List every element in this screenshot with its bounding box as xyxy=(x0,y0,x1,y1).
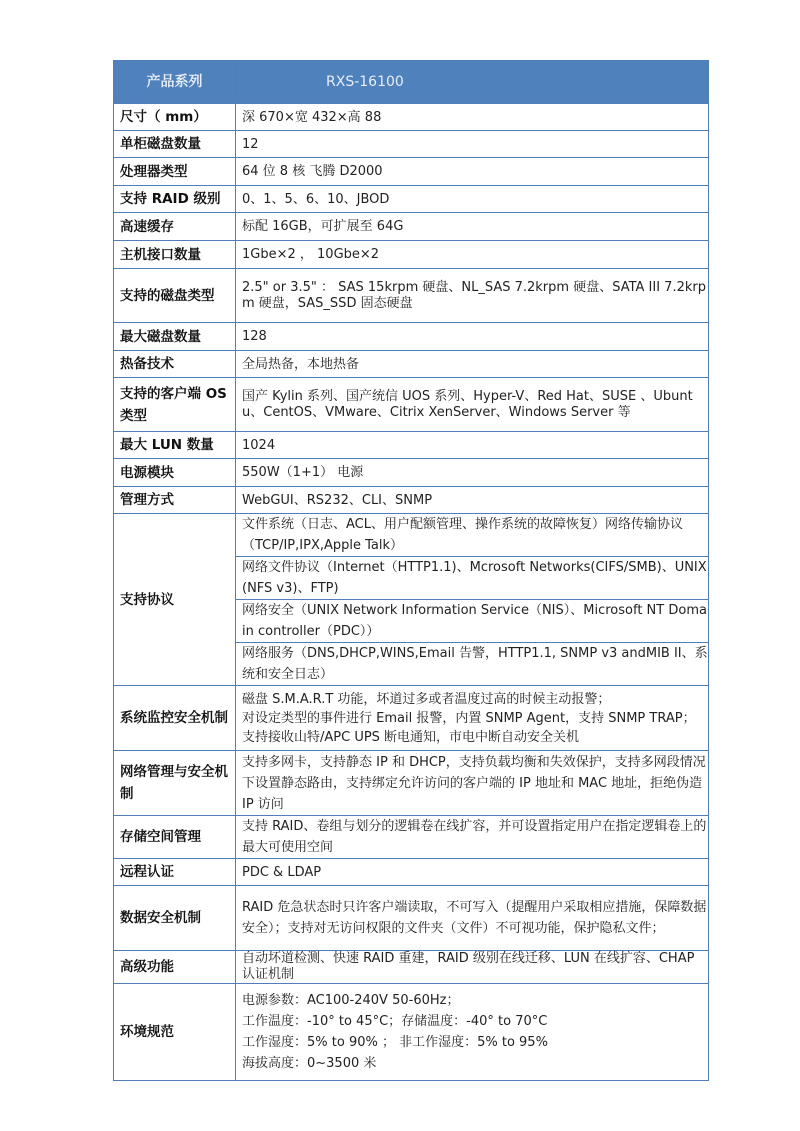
table-header-row: 产品系列 RXS-16100 xyxy=(114,61,709,104)
spec-row-max-lun: 最大 LUN 数量 1024 xyxy=(114,432,709,459)
value-line: 工作温度：-10° to 45°C；存储温度：-40° to 70°C xyxy=(242,1011,708,1032)
header-model: RXS-16100 xyxy=(236,61,709,104)
spec-label: 存储空间管理 xyxy=(114,816,236,859)
spec-row-monitoring: 系统监控安全机制 磁盘 S.M.A.R.T 功能，坏道过多或者温度过高的时候主动… xyxy=(114,686,709,751)
spec-row-max-disks: 最大磁盘数量 128 xyxy=(114,323,709,351)
spec-value: 1Gbe×2 ， 10Gbe×2 xyxy=(236,241,709,269)
spec-row-remote-auth: 远程认证 PDC & LDAP xyxy=(114,859,709,886)
spec-row-host-interfaces: 主机接口数量 1Gbe×2 ， 10Gbe×2 xyxy=(114,241,709,269)
spec-value: 磁盘 S.M.A.R.T 功能，坏道过多或者温度过高的时候主动报警； 对设定类型… xyxy=(236,686,709,751)
header-label: 产品系列 xyxy=(114,61,236,104)
spec-label: 高级功能 xyxy=(114,951,236,984)
spec-value: 64 位 8 核 飞腾 D2000 xyxy=(236,158,709,186)
spec-row-processor: 处理器类型 64 位 8 核 飞腾 D2000 xyxy=(114,158,709,186)
spec-row-disk-types: 支持的磁盘类型 2.5" or 3.5" ： SAS 15krpm 硬盘、NL_… xyxy=(114,269,709,323)
spec-value: RAID 危急状态时只许客户端读取，不可写入（提醒用户采取相应措施，保障数据安全… xyxy=(236,886,709,951)
spec-row-protocols: 支持协议 文件系统（日志、ACL、用户配额管理、操作系统的故障恢复）网络传输协议… xyxy=(114,514,709,557)
spec-label: 高速缓存 xyxy=(114,213,236,241)
spec-label: 支持的磁盘类型 xyxy=(114,269,236,323)
spec-value: 2.5" or 3.5" ： SAS 15krpm 硬盘、NL_SAS 7.2k… xyxy=(236,269,709,323)
spec-label: 尺寸（ mm） xyxy=(114,104,236,131)
spec-label: 支持协议 xyxy=(114,514,236,686)
spec-label: 管理方式 xyxy=(114,487,236,514)
spec-label: 处理器类型 xyxy=(114,158,236,186)
value-line: 对设定类型的事件进行 Email 报警，内置 SNMP Agent，支持 SNM… xyxy=(242,709,708,728)
spec-value: 自动坏道检测、快速 RAID 重建，RAID 级别在线迁移、LUN 在线扩容、C… xyxy=(236,951,709,984)
spec-label: 热备技术 xyxy=(114,351,236,378)
spec-row-cache: 高速缓存 标配 16GB，可扩展至 64G xyxy=(114,213,709,241)
spec-value: 1024 xyxy=(236,432,709,459)
spec-value: 深 670×宽 432×高 88 xyxy=(236,104,709,131)
value-line: 电源参数：AC100-240V 50-60Hz； xyxy=(242,990,708,1011)
spec-row-advanced: 高级功能 自动坏道检测、快速 RAID 重建，RAID 级别在线迁移、LUN 在… xyxy=(114,951,709,984)
spec-label: 网络管理与安全机制 xyxy=(114,751,236,816)
spec-row-disk-count: 单柜磁盘数量 12 xyxy=(114,131,709,158)
spec-value: 标配 16GB，可扩展至 64G xyxy=(236,213,709,241)
protocol-item: 网络安全（UNIX Network Information Service（NI… xyxy=(236,600,709,643)
spec-label: 远程认证 xyxy=(114,859,236,886)
spec-row-environment: 环境规范 电源参数：AC100-240V 50-60Hz； 工作温度：-10° … xyxy=(114,984,709,1081)
spec-value: PDC & LDAP xyxy=(236,859,709,886)
value-line: 支持接收山特/APC UPS 断电通知，市电中断自动安全关机 xyxy=(242,728,708,747)
spec-row-power-module: 电源模块 550W（1+1） 电源 xyxy=(114,459,709,487)
spec-value: 支持多网卡，支持静态 IP 和 DHCP，支持负载均衡和失效保护，支持多网段情况… xyxy=(236,751,709,816)
value-line: 工作湿度：5% to 90% ； 非工作湿度：5% to 95% xyxy=(242,1032,708,1053)
spec-value: 12 xyxy=(236,131,709,158)
spec-label: 数据安全机制 xyxy=(114,886,236,951)
spec-label: 单柜磁盘数量 xyxy=(114,131,236,158)
spec-value: 国产 Kylin 系列、国产统信 UOS 系列、Hyper-V、Red Hat、… xyxy=(236,378,709,432)
spec-label: 支持的客户端 OS 类型 xyxy=(114,378,236,432)
spec-value: 550W（1+1） 电源 xyxy=(236,459,709,487)
spec-value: 支持 RAID、卷组与划分的逻辑卷在线扩容，并可设置指定用户在指定逻辑卷上的最大… xyxy=(236,816,709,859)
product-spec-table: 产品系列 RXS-16100 尺寸（ mm） 深 670×宽 432×高 88 … xyxy=(113,60,709,1081)
spec-value: 全局热备，本地热备 xyxy=(236,351,709,378)
spec-value: 电源参数：AC100-240V 50-60Hz； 工作温度：-10° to 45… xyxy=(236,984,709,1081)
spec-row-network-security: 网络管理与安全机制 支持多网卡，支持静态 IP 和 DHCP，支持负载均衡和失效… xyxy=(114,751,709,816)
spec-row-storage-management: 存储空间管理 支持 RAID、卷组与划分的逻辑卷在线扩容，并可设置指定用户在指定… xyxy=(114,816,709,859)
spec-label: 最大 LUN 数量 xyxy=(114,432,236,459)
protocol-item: 文件系统（日志、ACL、用户配额管理、操作系统的故障恢复）网络传输协议 （TCP… xyxy=(236,514,709,557)
spec-row-hot-spare: 热备技术 全局热备，本地热备 xyxy=(114,351,709,378)
value-line: 磁盘 S.M.A.R.T 功能，坏道过多或者温度过高的时候主动报警； xyxy=(242,690,708,709)
value-line: 海拔高度：0~3500 米 xyxy=(242,1053,708,1074)
spec-label: 主机接口数量 xyxy=(114,241,236,269)
spec-row-client-os: 支持的客户端 OS 类型 国产 Kylin 系列、国产统信 UOS 系列、Hyp… xyxy=(114,378,709,432)
spec-label: 系统监控安全机制 xyxy=(114,686,236,751)
spec-row-raid-levels: 支持 RAID 级别 0、1、5、6、10、JBOD xyxy=(114,186,709,213)
spec-label: 支持 RAID 级别 xyxy=(114,186,236,213)
protocol-item: 网络服务（DNS,DHCP,WINS,Email 告警，HTTP1.1, SNM… xyxy=(236,643,709,686)
spec-label: 环境规范 xyxy=(114,984,236,1081)
protocol-item: 网络文件协议（Internet（HTTP1.1)、Mcrosoft Networ… xyxy=(236,557,709,600)
spec-row-dimensions: 尺寸（ mm） 深 670×宽 432×高 88 xyxy=(114,104,709,131)
spec-value: WebGUI、RS232、CLI、SNMP xyxy=(236,487,709,514)
spec-row-management: 管理方式 WebGUI、RS232、CLI、SNMP xyxy=(114,487,709,514)
spec-row-data-security: 数据安全机制 RAID 危急状态时只许客户端读取，不可写入（提醒用户采取相应措施… xyxy=(114,886,709,951)
spec-label: 最大磁盘数量 xyxy=(114,323,236,351)
spec-label: 电源模块 xyxy=(114,459,236,487)
spec-value: 128 xyxy=(236,323,709,351)
spec-value: 0、1、5、6、10、JBOD xyxy=(236,186,709,213)
